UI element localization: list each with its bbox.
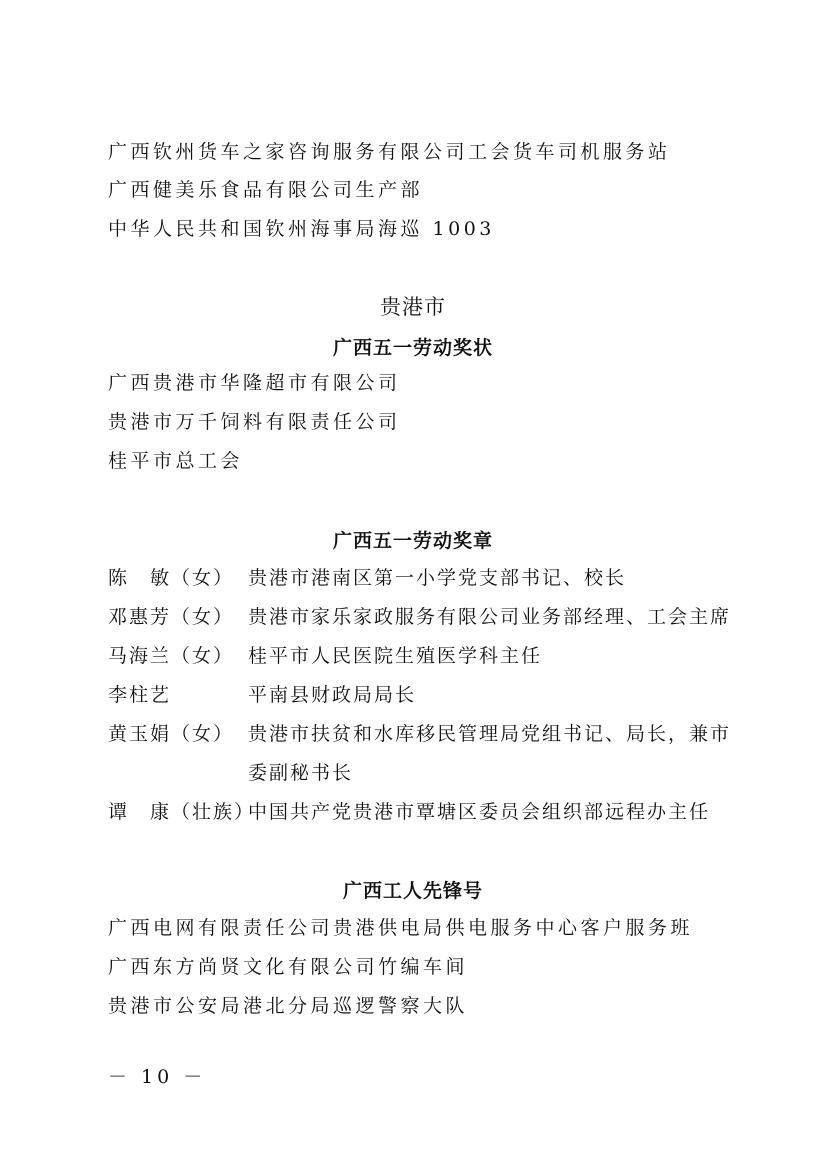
person-name: 马海兰（女） [108,644,248,668]
list-item: 中华人民共和国钦州海事局海巡 1003 [108,217,495,241]
person-title: 中国共产党贵港市覃塘区委员会组织部远程办主任 [248,800,710,824]
person-title: 贵港市家乐家政服务有限公司业务部经理、工会主席 [248,605,731,629]
list-item: 广西贵港市华隆超市有限公司 [108,371,401,395]
city-heading: 贵港市 [0,291,826,321]
person-name: 陈 敏（女） [108,566,248,590]
person-title: 贵港市扶贫和水库移民管理局党组书记、局长，兼市 [248,722,731,746]
section-heading: 广西五一劳动奖状 [0,333,826,360]
person-name: 李柱艺 [108,683,248,707]
person-name: 邓惠芳（女） [108,605,248,629]
person-title-continuation: 委副秘书长 [248,761,353,785]
person-row: 谭 康（壮族） 中国共产党贵港市覃塘区委员会组织部远程办主任 [108,800,248,824]
person-title: 贵港市港南区第一小学党支部书记、校长 [248,566,626,590]
person-row: 邓惠芳（女） 贵港市家乐家政服务有限公司业务部经理、工会主席 [108,605,248,629]
person-name: 谭 康（壮族） [108,800,248,824]
list-item: 广西健美乐食品有限公司生产部 [108,178,423,202]
list-item: 桂平市总工会 [108,449,243,473]
person-row: 黄玉娟（女） 贵港市扶贫和水库移民管理局党组书记、局长，兼市 [108,722,248,746]
section-heading: 广西五一劳动奖章 [0,526,826,553]
person-title: 桂平市人民医院生殖医学科主任 [248,644,542,668]
list-item: 广西钦州货车之家咨询服务有限公司工会货车司机服务站 [108,140,671,164]
person-row-continuation: 委副秘书长 [108,761,248,785]
list-item: 广西电网有限责任公司贵港供电局供电服务中心客户服务班 [108,916,693,940]
person-title: 平南县财政局局长 [248,683,416,707]
list-item: 贵港市万千饲料有限责任公司 [108,410,401,434]
person-row: 马海兰（女） 桂平市人民医院生殖医学科主任 [108,644,248,668]
section-heading: 广西工人先锋号 [0,876,826,903]
list-item: 广西东方尚贤文化有限公司竹编车间 [108,955,468,979]
list-item: 贵港市公安局港北分局巡逻警察大队 [108,994,468,1018]
person-row: 陈 敏（女） 贵港市港南区第一小学党支部书记、校长 [108,566,248,590]
page-number: － 10 － [108,1062,206,1089]
person-row: 李柱艺 平南县财政局局长 [108,683,248,707]
person-name: 黄玉娟（女） [108,722,248,746]
